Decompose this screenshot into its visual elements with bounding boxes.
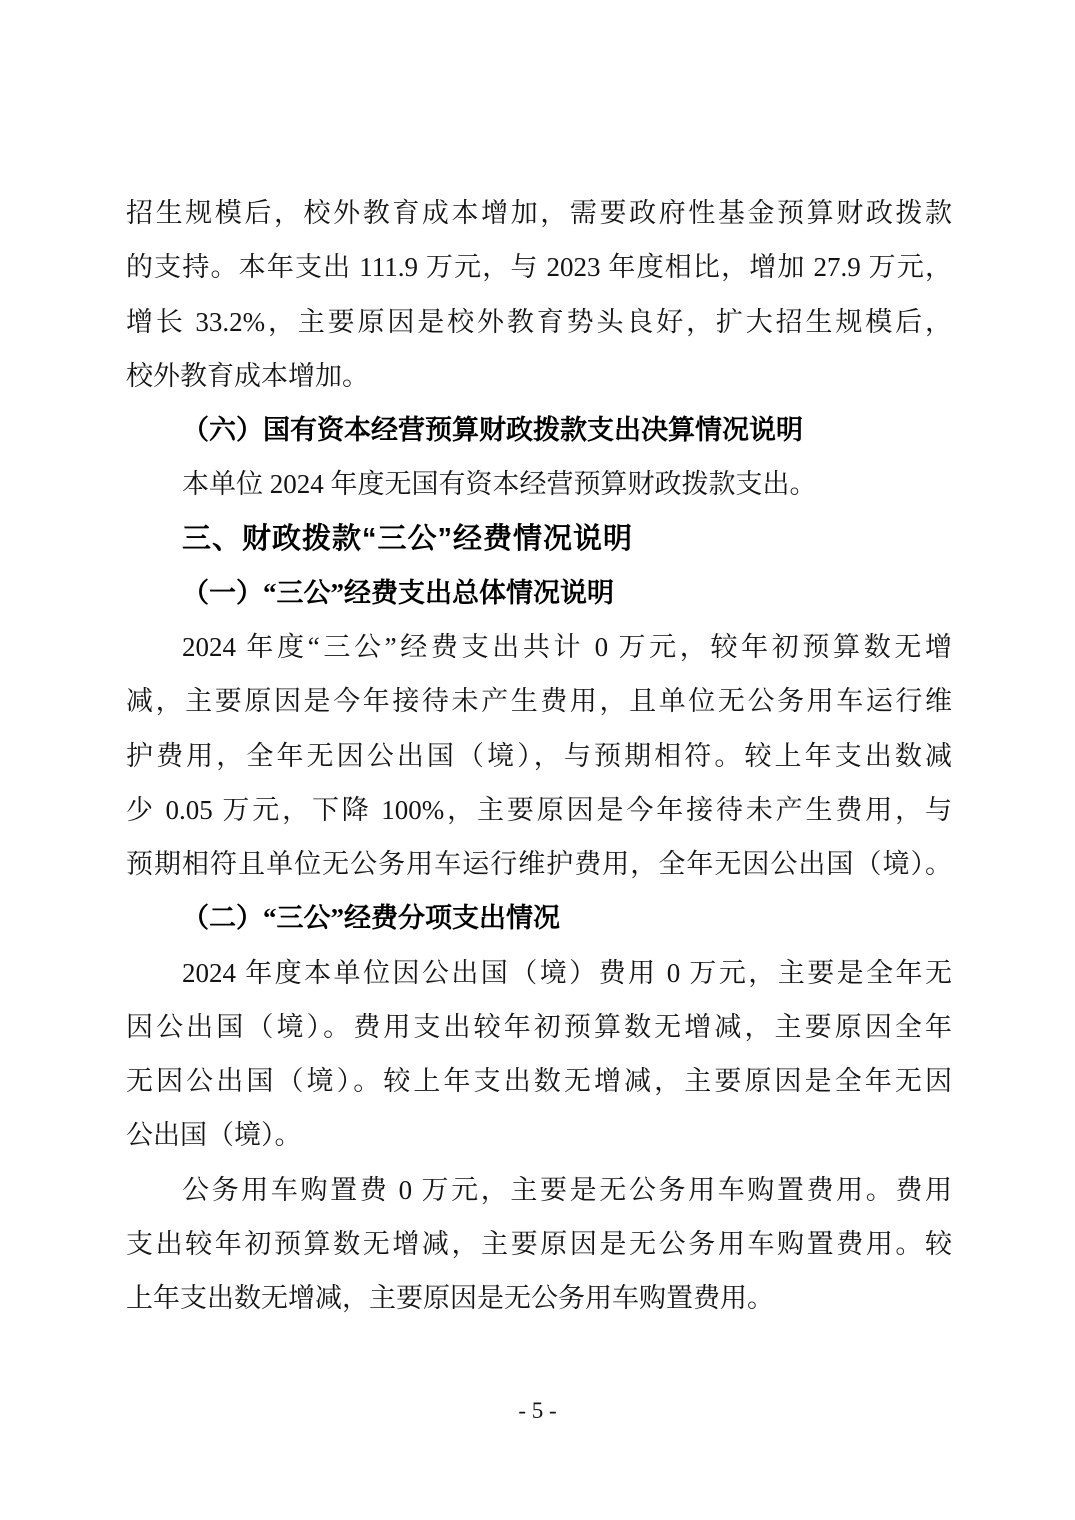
paragraph-line: 招生规模后，校外教育成本增加，需要政府性基金预算财政拨款 (126, 186, 952, 240)
paragraph-line: 无因公出国（境）。较上年支出数无增减，主要原因是全年无因 (126, 1054, 952, 1108)
subsection-heading: （一）“三公”经费支出总体情况说明 (126, 566, 952, 620)
paragraph-line: 支出较年初预算数无增减，主要原因是无公务用车购置费用。较 (126, 1217, 952, 1271)
document-body: 招生规模后，校外教育成本增加，需要政府性基金预算财政拨款 的支持。本年支出 11… (126, 186, 952, 1325)
paragraph-line: 本单位 2024 年度无国有资本经营预算财政拨款支出。 (126, 457, 952, 511)
paragraph-line: 增长 33.2%，主要原因是校外教育势头良好，扩大招生规模后， (126, 295, 952, 349)
paragraph-line: 公务用车购置费 0 万元，主要是无公务用车购置费用。费用 (126, 1163, 952, 1217)
paragraph-line: 公出国（境）。 (126, 1108, 952, 1162)
document-page: 招生规模后，校外教育成本增加，需要政府性基金预算财政拨款 的支持。本年支出 11… (0, 0, 1075, 1520)
page-number: - 5 - (0, 1398, 1075, 1424)
paragraph-line: 减，主要原因是今年接待未产生费用，且单位无公务用车运行维 (126, 674, 952, 728)
subsection-heading: （二）“三公”经费分项支出情况 (126, 891, 952, 945)
paragraph-line: 上年支出数无增减，主要原因是无公务用车购置费用。 (126, 1271, 952, 1325)
paragraph-line: 2024 年度本单位因公出国（境）费用 0 万元，主要是全年无 (126, 946, 952, 1000)
subsection-heading: （六）国有资本经营预算财政拨款支出决算情况说明 (126, 403, 952, 457)
paragraph-line: 的支持。本年支出 111.9 万元，与 2023 年度相比，增加 27.9 万元… (126, 240, 952, 294)
paragraph-line: 预期相符且单位无公务用车运行维护费用，全年无因公出国（境）。 (126, 837, 952, 891)
paragraph-line: 2024 年度“三公”经费支出共计 0 万元，较年初预算数无增 (126, 620, 952, 674)
paragraph-line: 因公出国（境）。费用支出较年初预算数无增减，主要原因全年 (126, 1000, 952, 1054)
section-heading: 三、财政拨款“三公”经费情况说明 (126, 512, 952, 566)
paragraph-line: 校外教育成本增加。 (126, 349, 952, 403)
paragraph-line: 护费用，全年无因公出国（境），与预期相符。较上年支出数减 (126, 729, 952, 783)
paragraph-line: 少 0.05 万元，下降 100%，主要原因是今年接待未产生费用，与 (126, 783, 952, 837)
